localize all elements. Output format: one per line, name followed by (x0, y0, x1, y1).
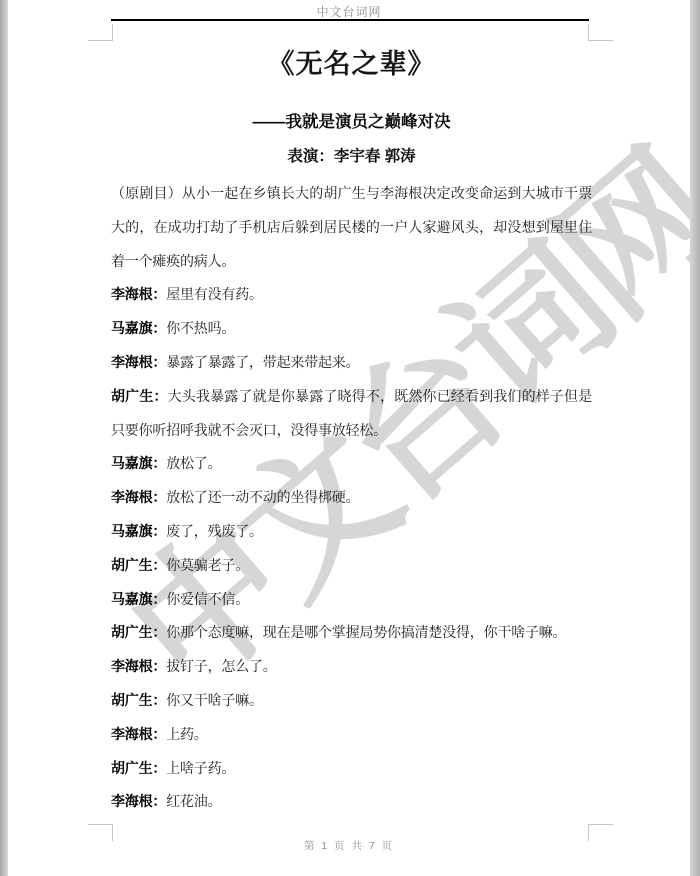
speaker-name: 胡广生： (111, 692, 166, 708)
dialogue-text: 红花油。 (166, 793, 221, 809)
dialogue-line: 李海根：红花油。 (111, 785, 592, 819)
script-body: （原剧目）从小一起在乡镇长大的胡广生与李海根决定改变命运到大城市干票大的，在成功… (111, 177, 592, 819)
dialogue-text: 放松了还一动不动的坐得梆硬。 (166, 489, 359, 505)
dialogue-text: 你不热吗。 (166, 320, 235, 336)
dialogue-text: 废了，残废了。 (166, 523, 263, 539)
speaker-name: 李海根： (111, 658, 166, 674)
dialogue-line: 马嘉旗：你不热吗。 (111, 312, 592, 346)
dialogue-line: 马嘉旗：你爱信不信。 (111, 583, 592, 617)
dialogue-line: 李海根：屋里有没有药。 (111, 278, 592, 312)
script-subtitle: ——我就是演员之巅峰对决 (111, 111, 592, 133)
speaker-name: 李海根： (111, 793, 166, 809)
speaker-name: 马嘉旗： (111, 523, 166, 539)
document-sheet: 中文台词网 中文台词网 《无名之辈》 ——我就是演员之巅峰对决 表演：李宇春 郭… (8, 0, 690, 876)
dialogue-text: 你又干啥子嘛。 (166, 692, 263, 708)
document-content: 《无名之辈》 ——我就是演员之巅峰对决 表演：李宇春 郭涛 （原剧目）从小一起在… (111, 0, 592, 819)
dialogue-text: 上药。 (166, 726, 207, 742)
dialogue-line: 李海根：暴露了暴露了，带起来带起来。 (111, 346, 592, 380)
speaker-name: 马嘉旗： (111, 591, 166, 607)
speaker-name: 李海根： (111, 354, 166, 370)
page-header-sitename: 中文台词网 (8, 3, 690, 20)
dialogue-text: 你那个态度嘛，现在是哪个掌握局势你搞清楚没得，你干啥子嘛。 (166, 624, 566, 640)
dialogue-text: 大头我暴露了就是你暴露了晓得不，既然你已经看到我们的样子但是只要你听招呼我就不会… (111, 388, 592, 438)
dialogue-line: 马嘉旗：放松了。 (111, 447, 592, 481)
dialogue-line: 胡广生：你莫骗老子。 (111, 549, 592, 583)
right-canvas-gutter (690, 0, 700, 876)
dialogue-line: 马嘉旗：废了，残废了。 (111, 515, 592, 549)
dialogue-text: 屋里有没有药。 (166, 286, 263, 302)
speaker-name: 胡广生： (111, 760, 166, 776)
dialogue-text: 你爱信不信。 (166, 591, 249, 607)
speaker-name: 马嘉旗： (111, 455, 166, 471)
dialogue-text: 暴露了暴露了，带起来带起来。 (166, 354, 359, 370)
margin-crop-mark-top-left (88, 24, 113, 41)
cast-line: 表演：李宇春 郭涛 (111, 146, 592, 168)
dialogue-text: 你莫骗老子。 (166, 557, 249, 573)
synopsis-paragraph: （原剧目）从小一起在乡镇长大的胡广生与李海根决定改变命运到大城市干票大的，在成功… (111, 177, 592, 278)
dialogue-line: 李海根：放松了还一动不动的坐得梆硬。 (111, 481, 592, 515)
dialogue-line: 胡广生：你又干啥子嘛。 (111, 684, 592, 718)
speaker-name: 马嘉旗： (111, 320, 166, 336)
speaker-name: 李海根： (111, 286, 166, 302)
dialogue-line: 李海根：拔钉子，怎么了。 (111, 650, 592, 684)
dialogue-line: 胡广生：大头我暴露了就是你暴露了晓得不，既然你已经看到我们的样子但是只要你听招呼… (111, 380, 592, 448)
dialogue-line: 胡广生：你那个态度嘛，现在是哪个掌握局势你搞清楚没得，你干啥子嘛。 (111, 616, 592, 650)
speaker-name: 李海根： (111, 489, 166, 505)
dialogue-list: 李海根：屋里有没有药。马嘉旗：你不热吗。李海根：暴露了暴露了，带起来带起来。胡广… (111, 278, 592, 819)
script-title: 《无名之辈》 (111, 44, 592, 84)
left-canvas-gutter (0, 0, 8, 876)
dialogue-line: 李海根：上药。 (111, 718, 592, 752)
speaker-name: 胡广生： (111, 557, 166, 573)
header-rule (111, 19, 589, 21)
dialogue-text: 上啥子药。 (166, 760, 235, 776)
speaker-name: 胡广生： (111, 624, 166, 640)
page-number-footer: 第 1 页 共 7 页 (8, 838, 690, 853)
dialogue-text: 拔钉子，怎么了。 (166, 658, 276, 674)
document-page: { "page": { "header": { "site_name": "中文… (0, 0, 700, 876)
speaker-name: 李海根： (111, 726, 166, 742)
speaker-name: 胡广生： (111, 388, 168, 404)
dialogue-text: 放松了。 (166, 455, 221, 471)
dialogue-line: 胡广生：上啥子药。 (111, 752, 592, 786)
